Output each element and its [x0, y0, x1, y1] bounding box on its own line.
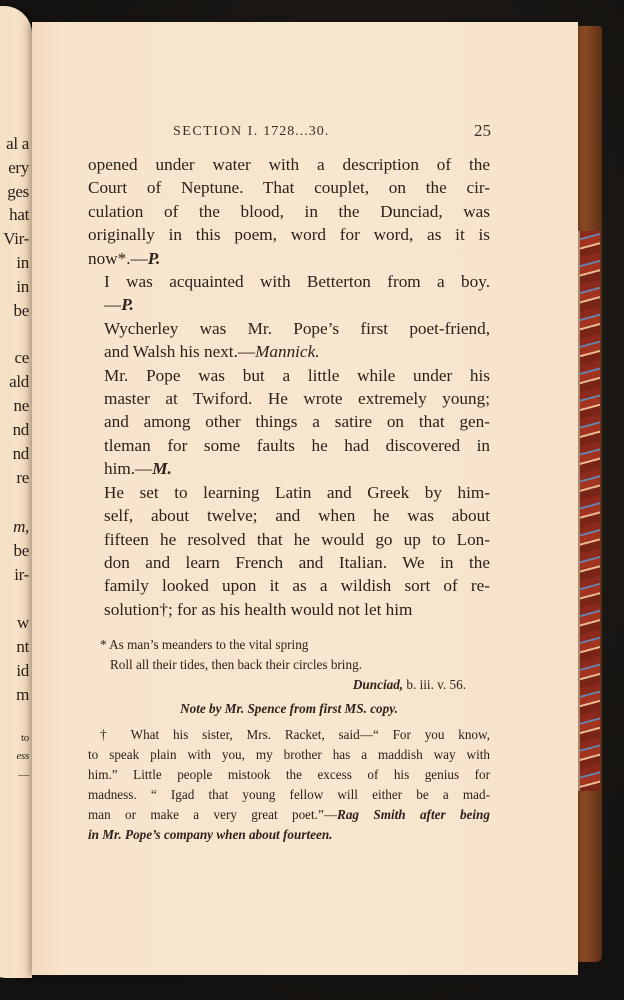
- text-line: fifteen he resolved that he would go up …: [88, 528, 490, 551]
- left-page-text-fragment: al a: [6, 134, 29, 154]
- footnote-star-verse: * As man’s meanders to the vital spring …: [88, 635, 490, 675]
- footnote-star-source: Dunciad, b. iii. v. 56.: [88, 675, 490, 695]
- left-page-text-fragment: m,: [13, 517, 29, 537]
- footnote-line: in Mr. Pope’s company when about fourtee…: [88, 825, 490, 845]
- text-segment: now*.—: [88, 249, 148, 268]
- left-page-text-fragment: in: [16, 253, 29, 273]
- text-segment: Wycherley was Mr. Pope’s first poet-frie…: [104, 319, 490, 338]
- paragraph: He set to learning Latin and Greek by hi…: [88, 481, 490, 621]
- source-ref: b. iii. v. 56.: [403, 677, 466, 692]
- left-page-text-fragment: hat: [9, 205, 29, 225]
- text-segment: master at Twiford. He wrote extremely yo…: [104, 389, 490, 408]
- left-page-text-fragment: ne: [14, 396, 29, 416]
- book-page: SECTION I. 1728...30. 25 opened under wa…: [32, 22, 578, 975]
- left-facing-page: al aerygeshatVir-ininbecealdnendndrem,be…: [0, 6, 32, 978]
- left-page-text-fragment: ess: [16, 750, 29, 762]
- text-segment: Mannick.: [255, 342, 319, 361]
- footnote-line: him.” Little people mistook the excess o…: [88, 765, 490, 785]
- text-line: culation of the blood, in the Dunciad, w…: [88, 200, 490, 223]
- text-line: originally in this poem, word for word, …: [88, 223, 490, 246]
- left-page-text-fragment: ir-: [14, 565, 29, 585]
- text-line: I was acquainted with Betterton from a b…: [88, 270, 490, 293]
- source-title: Dunciad,: [353, 677, 403, 692]
- text-line: —P.: [88, 293, 490, 316]
- paragraph: opened under water with a description of…: [88, 153, 490, 270]
- left-page-text-fragment: ald: [9, 372, 29, 392]
- footnote-line: † What his sister, Mrs. Racket, said—“ F…: [88, 725, 490, 745]
- text-line: He set to learning Latin and Greek by hi…: [88, 481, 490, 504]
- left-page-text-fragment: be: [14, 301, 29, 321]
- text-segment: solution†; for as his health would not l…: [104, 600, 412, 619]
- text-segment: He set to learning Latin and Greek by hi…: [104, 483, 490, 502]
- left-page-text-fragment: ce: [15, 348, 30, 368]
- verse-line: Roll all their tides, then back their ci…: [110, 655, 490, 675]
- text-line: and among other things a satire on that …: [88, 410, 490, 433]
- running-head-section: SECTION I.: [173, 124, 259, 139]
- footnote-line: madness. “ Igad that young fellow will e…: [88, 785, 490, 805]
- left-page-text-fragment: nd: [13, 444, 29, 464]
- text-line: Court of Neptune. That couplet, on the c…: [88, 176, 490, 199]
- left-page-text-fragment: m: [16, 685, 29, 705]
- text-line: Wycherley was Mr. Pope’s first poet-frie…: [88, 317, 490, 340]
- text-line: don and learn French and Italian. We in …: [88, 551, 490, 574]
- footnote-text-italic: Rag Smith after being: [337, 807, 490, 822]
- text-line: him.—M.: [88, 457, 490, 480]
- footnote-star-note: Note by Mr. Spence from first MS. copy.: [88, 699, 490, 719]
- text-line: tleman for some faults he had discovered…: [88, 434, 490, 457]
- text-segment: —: [104, 295, 121, 314]
- left-page-text-fragment: nd: [13, 420, 29, 440]
- text-segment: tleman for some faults he had discovered…: [104, 436, 490, 455]
- text-segment: originally in this poem, word for word, …: [88, 225, 490, 244]
- text-segment: and Walsh his next.—: [104, 342, 255, 361]
- left-page-text-fragment: to: [21, 732, 29, 744]
- page-number: 25: [474, 121, 491, 141]
- running-head: SECTION I. 1728...30. 25: [173, 124, 491, 140]
- left-page-text-fragment: Vir-: [3, 229, 29, 249]
- text-line: opened under water with a description of…: [88, 153, 490, 176]
- text-segment: Mr. Pope was but a little while under hi…: [104, 366, 490, 385]
- text-line: and Walsh his next.—Mannick.: [88, 340, 490, 363]
- text-segment: fifteen he resolved that he would go up …: [104, 530, 490, 549]
- book-binding: [574, 26, 602, 962]
- text-segment: family looked upon it as a wildish sort …: [104, 576, 490, 595]
- paragraph: I was acquainted with Betterton from a b…: [88, 270, 490, 317]
- verse-line: * As man’s meanders to the vital spring: [110, 635, 490, 655]
- text-line: self, about twelve; and when he was abou…: [88, 504, 490, 527]
- text-segment: self, about twelve; and when he was abou…: [104, 506, 490, 525]
- text-segment: him.—: [104, 459, 152, 478]
- marbled-board: [578, 231, 600, 791]
- footnote-text-roman: man or make a very great poet.”—: [88, 807, 337, 822]
- left-page-text-fragment: w: [17, 613, 29, 633]
- text-line: family looked upon it as a wildish sort …: [88, 574, 490, 597]
- left-page-text-fragment: —: [18, 769, 29, 781]
- text-segment: don and learn French and Italian. We in …: [104, 553, 490, 572]
- left-page-text-fragment: ery: [8, 158, 29, 178]
- text-line: master at Twiford. He wrote extremely yo…: [88, 387, 490, 410]
- text-segment: opened under water with a description of…: [88, 155, 490, 174]
- paragraph: Mr. Pope was but a little while under hi…: [88, 364, 490, 481]
- left-page-text-fragment: re: [16, 468, 29, 488]
- footnote-line: to speak plain with you, my brother has …: [88, 745, 490, 765]
- text-line: now*.—P.: [88, 247, 490, 270]
- text-line: Mr. Pope was but a little while under hi…: [88, 364, 490, 387]
- text-segment: Court of Neptune. That couplet, on the c…: [88, 178, 490, 197]
- footnote-line: man or make a very great poet.”—Rag Smit…: [88, 805, 490, 825]
- text-line: solution†; for as his health would not l…: [88, 598, 490, 621]
- text-segment: I was acquainted with Betterton from a b…: [104, 272, 490, 291]
- text-segment: culation of the blood, in the Dunciad, w…: [88, 202, 490, 221]
- left-page-text-fragment: nt: [16, 637, 29, 657]
- left-page-text-fragment: be: [14, 541, 29, 561]
- footnotes: * As man’s meanders to the vital spring …: [88, 635, 490, 845]
- text-segment: M.: [152, 459, 172, 478]
- footnote-dagger: † What his sister, Mrs. Racket, said—“ F…: [88, 725, 490, 845]
- running-head-years: 1728...30.: [263, 124, 329, 139]
- left-page-text-fragment: in: [16, 277, 29, 297]
- paragraph: Wycherley was Mr. Pope’s first poet-frie…: [88, 317, 490, 364]
- left-page-text-fragment: id: [16, 661, 29, 681]
- text-segment: and among other things a satire on that …: [104, 412, 490, 431]
- left-page-text-fragment: ges: [7, 182, 29, 202]
- body-text: opened under water with a description of…: [88, 153, 490, 621]
- text-segment: P.: [121, 295, 134, 314]
- text-segment: P.: [148, 249, 161, 268]
